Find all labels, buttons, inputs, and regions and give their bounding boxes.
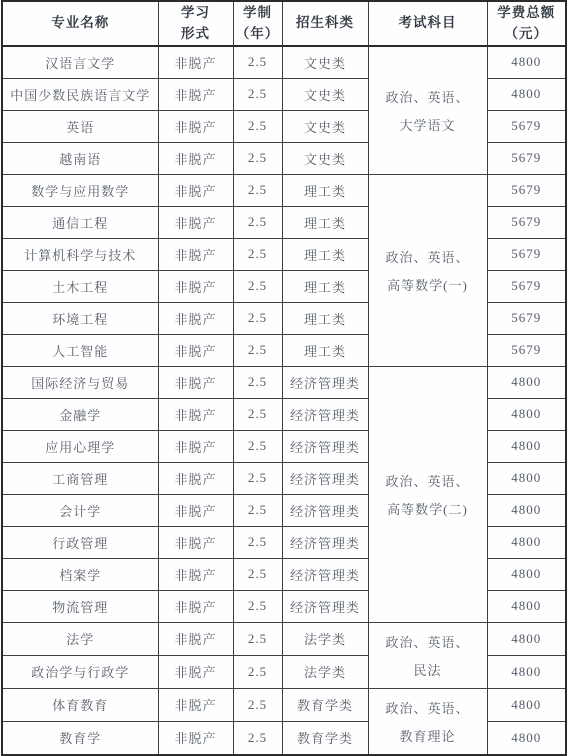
tuition-cell: 4800 [487,366,566,398]
duration-cell: 2.5 [233,78,282,110]
major-cell: 越南语 [2,142,158,174]
admissions-table: 专业名称 学习 形式 学制 （年） 招生科类 考试科目 学费总额 （元） 汉语言… [1,0,567,756]
category-cell: 法学类 [282,622,368,655]
header-study-form: 学习 形式 [158,1,233,46]
category-cell: 经济管理类 [282,366,368,398]
major-cell: 人工智能 [2,334,158,366]
header-category-label: 招生科类 [283,13,368,34]
table-row: 国际经济与贸易非脱产2.5经济管理类政治、英语、高等数学(二)4800 [2,366,566,398]
duration-cell: 2.5 [233,238,282,270]
major-cell: 会计学 [2,494,158,526]
study-form-cell: 非脱产 [158,238,233,270]
major-cell: 工商管理 [2,462,158,494]
study-form-cell: 非脱产 [158,526,233,558]
category-cell: 文史类 [282,46,368,78]
header-exam-subjects-label: 考试科目 [369,13,487,34]
exam-subjects-cell: 政治、英语、教育理论 [368,688,487,755]
tuition-cell: 4800 [487,590,566,622]
major-cell: 应用心理学 [2,430,158,462]
category-cell: 理工类 [282,270,368,302]
exam-subjects-line: 大学语文 [369,115,487,134]
tuition-cell: 4800 [487,655,566,688]
major-cell: 计算机科学与技术 [2,238,158,270]
duration-cell: 2.5 [233,334,282,366]
table-header: 专业名称 学习 形式 学制 （年） 招生科类 考试科目 学费总额 （元） [2,1,566,46]
exam-subjects-line: 政治、英语、 [369,632,487,651]
exam-subjects-line: 高等数学(二) [369,499,487,518]
duration-cell: 2.5 [233,721,282,754]
major-cell: 国际经济与贸易 [2,366,158,398]
tuition-cell: 4800 [487,721,566,754]
header-tuition-line1: 学费总额 [488,3,566,24]
tuition-cell: 5679 [487,334,566,366]
duration-cell: 2.5 [233,462,282,494]
header-duration-line1: 学制 [234,3,282,24]
major-cell: 政治学与行政学 [2,655,158,688]
table-row: 汉语言文学非脱产2.5文史类政治、英语、大学语文4800 [2,46,566,78]
study-form-cell: 非脱产 [158,142,233,174]
study-form-cell: 非脱产 [158,590,233,622]
category-cell: 经济管理类 [282,494,368,526]
category-cell: 法学类 [282,655,368,688]
exam-subjects-cell: 政治、英语、民法 [368,622,487,688]
category-cell: 教育学类 [282,721,368,754]
study-form-cell: 非脱产 [158,174,233,206]
study-form-cell: 非脱产 [158,430,233,462]
duration-cell: 2.5 [233,206,282,238]
duration-cell: 2.5 [233,494,282,526]
tuition-cell: 4800 [487,46,566,78]
header-tuition: 学费总额 （元） [487,1,566,46]
study-form-cell: 非脱产 [158,655,233,688]
category-cell: 理工类 [282,302,368,334]
header-major-label: 专业名称 [3,13,158,34]
tuition-cell: 5679 [487,110,566,142]
header-exam-subjects: 考试科目 [368,1,487,46]
duration-cell: 2.5 [233,622,282,655]
header-duration-line2: （年） [234,24,282,45]
exam-subjects-line: 教育理论 [369,726,487,745]
exam-subjects-line: 政治、英语、 [369,471,487,490]
tuition-cell: 5679 [487,238,566,270]
tuition-cell: 5679 [487,302,566,334]
category-cell: 经济管理类 [282,398,368,430]
duration-cell: 2.5 [233,655,282,688]
exam-subjects-line: 政治、英语、 [369,698,487,717]
duration-cell: 2.5 [233,302,282,334]
tuition-cell: 5679 [487,206,566,238]
category-cell: 文史类 [282,110,368,142]
tuition-cell: 5679 [487,142,566,174]
major-cell: 行政管理 [2,526,158,558]
category-cell: 经济管理类 [282,526,368,558]
duration-cell: 2.5 [233,366,282,398]
major-cell: 中国少数民族语言文学 [2,78,158,110]
study-form-cell: 非脱产 [158,494,233,526]
exam-subjects-cell: 政治、英语、高等数学(二) [368,366,487,622]
header-study-form-line2: 形式 [159,24,233,45]
category-cell: 理工类 [282,334,368,366]
tuition-cell: 4800 [487,78,566,110]
exam-subjects-line: 民法 [369,660,487,679]
header-row: 专业名称 学习 形式 学制 （年） 招生科类 考试科目 学费总额 （元） [2,1,566,46]
table-row: 体育教育非脱产2.5教育学类政治、英语、教育理论4800 [2,688,566,721]
study-form-cell: 非脱产 [158,334,233,366]
tuition-cell: 4800 [487,462,566,494]
duration-cell: 2.5 [233,174,282,206]
major-cell: 环境工程 [2,302,158,334]
exam-subjects-cell: 政治、英语、大学语文 [368,46,487,174]
duration-cell: 2.5 [233,688,282,721]
duration-cell: 2.5 [233,526,282,558]
major-cell: 英语 [2,110,158,142]
category-cell: 理工类 [282,238,368,270]
category-cell: 经济管理类 [282,462,368,494]
major-cell: 汉语言文学 [2,46,158,78]
tuition-cell: 5679 [487,270,566,302]
study-form-cell: 非脱产 [158,46,233,78]
header-category: 招生科类 [282,1,368,46]
category-cell: 经济管理类 [282,590,368,622]
study-form-cell: 非脱产 [158,721,233,754]
exam-subjects-line: 政治、英语、 [369,247,487,266]
major-cell: 档案学 [2,558,158,590]
duration-cell: 2.5 [233,46,282,78]
major-cell: 土木工程 [2,270,158,302]
duration-cell: 2.5 [233,110,282,142]
tuition-cell: 4800 [487,398,566,430]
major-cell: 教育学 [2,721,158,754]
category-cell: 文史类 [282,142,368,174]
study-form-cell: 非脱产 [158,302,233,334]
tuition-cell: 4800 [487,558,566,590]
tuition-cell: 4800 [487,622,566,655]
tuition-cell: 4800 [487,688,566,721]
major-cell: 数学与应用数学 [2,174,158,206]
header-major: 专业名称 [2,1,158,46]
table-row: 法学非脱产2.5法学类政治、英语、民法4800 [2,622,566,655]
exam-subjects-line: 高等数学(一) [369,275,487,294]
study-form-cell: 非脱产 [158,78,233,110]
major-cell: 法学 [2,622,158,655]
study-form-cell: 非脱产 [158,206,233,238]
document-page: 专业名称 学习 形式 学制 （年） 招生科类 考试科目 学费总额 （元） 汉语言… [0,0,568,753]
major-cell: 通信工程 [2,206,158,238]
category-cell: 理工类 [282,174,368,206]
study-form-cell: 非脱产 [158,462,233,494]
duration-cell: 2.5 [233,398,282,430]
study-form-cell: 非脱产 [158,270,233,302]
study-form-cell: 非脱产 [158,688,233,721]
table-body: 汉语言文学非脱产2.5文史类政治、英语、大学语文4800中国少数民族语言文学非脱… [2,46,566,755]
category-cell: 文史类 [282,78,368,110]
study-form-cell: 非脱产 [158,366,233,398]
duration-cell: 2.5 [233,142,282,174]
category-cell: 经济管理类 [282,430,368,462]
study-form-cell: 非脱产 [158,398,233,430]
category-cell: 理工类 [282,206,368,238]
category-cell: 经济管理类 [282,558,368,590]
major-cell: 体育教育 [2,688,158,721]
study-form-cell: 非脱产 [158,558,233,590]
tuition-cell: 4800 [487,494,566,526]
major-cell: 金融学 [2,398,158,430]
study-form-cell: 非脱产 [158,110,233,142]
header-duration: 学制 （年） [233,1,282,46]
tuition-cell: 4800 [487,526,566,558]
duration-cell: 2.5 [233,558,282,590]
major-cell: 物流管理 [2,590,158,622]
duration-cell: 2.5 [233,430,282,462]
tuition-cell: 4800 [487,430,566,462]
duration-cell: 2.5 [233,270,282,302]
table-row: 数学与应用数学非脱产2.5理工类政治、英语、高等数学(一)5679 [2,174,566,206]
duration-cell: 2.5 [233,590,282,622]
exam-subjects-line: 政治、英语、 [369,87,487,106]
header-study-form-line1: 学习 [159,3,233,24]
tuition-cell: 5679 [487,174,566,206]
header-tuition-line2: （元） [488,24,566,45]
study-form-cell: 非脱产 [158,622,233,655]
category-cell: 教育学类 [282,688,368,721]
exam-subjects-cell: 政治、英语、高等数学(一) [368,174,487,366]
